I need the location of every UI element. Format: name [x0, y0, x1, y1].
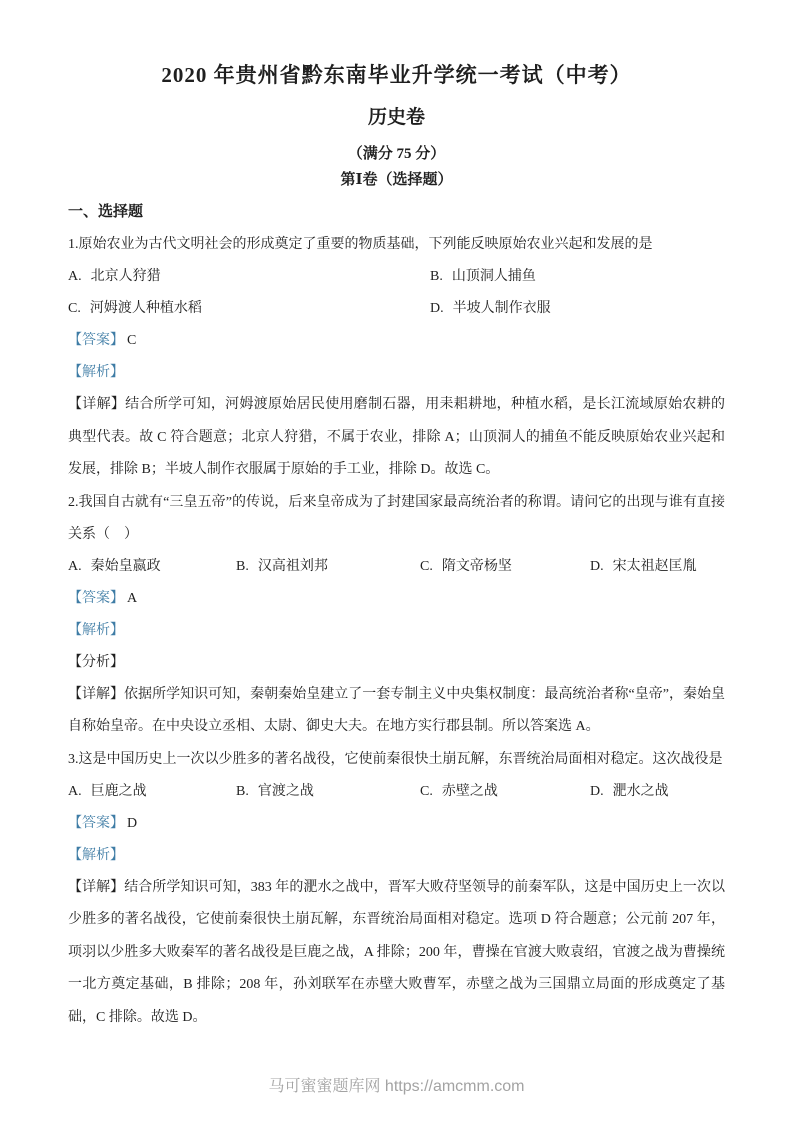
option-c: C.赤壁之战 [420, 776, 590, 808]
option-text: 巨鹿之战 [91, 784, 147, 799]
question-3: 3.这是中国历史上一次以少胜多的著名战役，它使前秦很快土崩瓦解，东晋统治局面相对… [68, 744, 725, 1035]
option-text: 隋文帝杨坚 [442, 559, 512, 574]
option-text: 河姆渡人种植水稻 [90, 301, 202, 316]
option-letter: D. [430, 301, 444, 316]
options-grid: A.秦始皇嬴政 B.汉高祖刘邦 C.隋文帝杨坚 D.宋太祖赵匡胤 [68, 551, 725, 583]
answer-label: 【答案】 [68, 816, 124, 831]
question-2: 2.我国自古就有“三皇五帝”的传说，后来皇帝成为了封建国家最高统治者的称谓。请问… [68, 487, 725, 744]
answer-label: 【答案】 [68, 591, 124, 606]
option-letter: D. [590, 784, 604, 799]
option-letter: A. [68, 269, 82, 284]
option-c: C.河姆渡人种植水稻 [68, 293, 430, 325]
option-letter: C. [68, 301, 81, 316]
option-text: 赤壁之战 [442, 784, 498, 799]
fenxi-label: 【分析】 [68, 647, 725, 679]
section-title: 一、选择题 [68, 197, 725, 227]
question-stem: 3.这是中国历史上一次以少胜多的著名战役，它使前秦很快土崩瓦解，东晋统治局面相对… [68, 744, 725, 776]
answer-line: 【答案】A [68, 583, 725, 615]
detail-explanation: 【详解】结合所学可知，河姆渡原始居民使用磨制石器，用耒耜耕地，种植水稻，是长江流… [68, 389, 725, 487]
answer-line: 【答案】D [68, 808, 725, 840]
option-text: 汉高祖刘邦 [258, 559, 328, 574]
option-letter: D. [590, 559, 604, 574]
option-text: 北京人狩猎 [91, 269, 161, 284]
option-text: 官渡之战 [258, 784, 314, 799]
question-stem: 1.原始农业为古代文明社会的形成奠定了重要的物质基础，下列能反映原始农业兴起和发… [68, 229, 725, 261]
options-grid: A.巨鹿之战 B.官渡之战 C.赤壁之战 D.淝水之战 [68, 776, 725, 808]
option-b: B.汉高祖刘邦 [236, 551, 420, 583]
exam-document-page: { "colors": { "label_blue": "#3e7ca5", "… [0, 0, 793, 1122]
option-text: 山顶洞人捕鱼 [452, 269, 536, 284]
answer-line: 【答案】C [68, 325, 725, 357]
option-a: A.北京人狩猎 [68, 261, 430, 293]
option-text: 秦始皇嬴政 [91, 559, 161, 574]
option-a: A.秦始皇嬴政 [68, 551, 236, 583]
analysis-label: 【解析】 [68, 615, 725, 647]
option-d: D.宋太祖赵匡胤 [590, 551, 725, 583]
answer-value: A [127, 591, 137, 606]
options-grid: A.北京人狩猎 B.山顶洞人捕鱼 C.河姆渡人种植水稻 D.半坡人制作衣服 [68, 261, 725, 325]
question-1: 1.原始农业为古代文明社会的形成奠定了重要的物质基础，下列能反映原始农业兴起和发… [68, 229, 725, 487]
watermark-footer: 马可蜜蜜题库网 https://amcmm.com [0, 1073, 793, 1096]
option-letter: B. [430, 269, 443, 284]
exam-score-note: （满分 75 分） [68, 141, 725, 167]
option-letter: B. [236, 784, 249, 799]
option-letter: B. [236, 559, 249, 574]
option-b: B.官渡之战 [236, 776, 420, 808]
option-text: 宋太祖赵匡胤 [613, 559, 697, 574]
answer-label: 【答案】 [68, 333, 124, 348]
question-stem: 2.我国自古就有“三皇五帝”的传说，后来皇帝成为了封建国家最高统治者的称谓。请问… [68, 487, 725, 551]
analysis-label: 【解析】 [68, 840, 725, 872]
analysis-label: 【解析】 [68, 357, 725, 389]
answer-value: C [127, 333, 136, 348]
option-text: 淝水之战 [613, 784, 669, 799]
answer-value: D [127, 816, 137, 831]
option-letter: A. [68, 784, 82, 799]
exam-part-title: 第Ⅰ卷（选择题） [68, 167, 725, 193]
document-body: 2020 年贵州省黔东南毕业升学统一考试（中考） 历史卷 （满分 75 分） 第… [0, 0, 793, 1034]
detail-explanation: 【详解】依据所学知识可知，秦朝秦始皇建立了一套专制主义中央集权制度：最高统治者称… [68, 679, 725, 744]
exam-subject: 历史卷 [68, 104, 725, 132]
option-text: 半坡人制作衣服 [453, 301, 551, 316]
option-b: B.山顶洞人捕鱼 [430, 261, 725, 293]
option-letter: A. [68, 559, 82, 574]
option-c: C.隋文帝杨坚 [420, 551, 590, 583]
option-a: A.巨鹿之战 [68, 776, 236, 808]
exam-title: 2020 年贵州省黔东南毕业升学统一考试（中考） [68, 60, 725, 90]
option-letter: C. [420, 559, 433, 574]
option-d: D.半坡人制作衣服 [430, 293, 725, 325]
detail-explanation: 【详解】结合所学知识可知，383 年的淝水之战中，晋军大败苻坚领导的前秦军队，这… [68, 872, 725, 1035]
option-letter: C. [420, 784, 433, 799]
option-d: D.淝水之战 [590, 776, 725, 808]
